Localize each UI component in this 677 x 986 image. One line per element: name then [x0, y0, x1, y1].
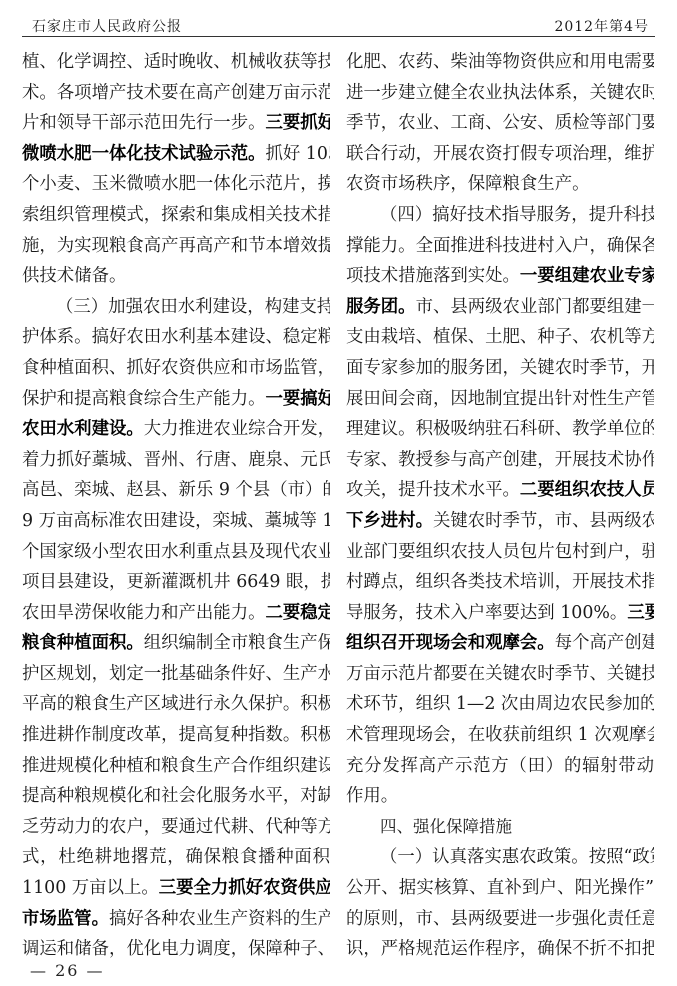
bold-emphasis: 三要全力抓好农资供应和: [159, 878, 330, 898]
publication-title: 石家庄市人民政府公报: [32, 16, 182, 36]
text-run: 面专家参加的服务团，关键农时季节，开: [346, 358, 654, 378]
left-column: 植、化学调控、适时晚收、机械收获等技术。各项增产技术要在高产创建万亩示范片和领导…: [22, 47, 330, 965]
text-line: 农田水利建设。大力推进农业综合开发，: [22, 414, 330, 445]
text-line: 术管理现场会，在收获前组织 1 次观摩会，: [346, 720, 654, 751]
text-run: 识，严格规范运作程序，确保不折不扣把: [346, 939, 654, 959]
text-line: 导服务，技术入户率要达到 100%。三要: [346, 598, 654, 629]
text-run: 植、化学调控、适时晚收、机械收获等技: [22, 52, 330, 72]
text-line: 支由栽培、植保、土肥、种子、农机等方: [346, 322, 654, 353]
text-line: 式，杜绝耕地撂荒，确保粮食播种面积: [22, 842, 330, 873]
text-run: 术环节，组织 1—2 次由周边农民参加的技: [346, 694, 654, 714]
text-run: 抓好 105: [265, 144, 330, 164]
text-run: 护体系。搞好农田水利基本建设、稳定粮: [22, 327, 330, 347]
text-line: 术。各项增产技术要在高产创建万亩示范: [22, 78, 330, 109]
issue-number: 2012年第4号: [554, 16, 649, 36]
text-run: 导服务，技术入户率要达到 100%。: [346, 603, 627, 623]
text-run: 农田旱涝保收能力和产出能力。: [22, 603, 265, 623]
bold-emphasis: 二要组织农技人员: [520, 480, 654, 500]
text-line: 攻关，提升技术水平。二要组织农技人员: [346, 475, 654, 506]
text-line: 微喷水肥一体化技术试验示范。抓好 105: [22, 139, 330, 170]
text-line: （三）加强农田水利建设，构建支持保: [22, 292, 330, 323]
text-line: 下乡进村。关键农时季节，市、县两级农: [346, 506, 654, 537]
text-run: 万亩示范片都要在关键农时季节、关键技: [346, 664, 654, 684]
text-line: 个小麦、玉米微喷水肥一体化示范片，摸: [22, 169, 330, 200]
text-run: 每个高产创建: [555, 633, 654, 653]
text-run: 作用。: [346, 786, 398, 806]
running-header: 石家庄市人民政府公报 2012年第4号: [22, 8, 655, 37]
text-line: 项技术措施落到实处。一要组建农业专家: [346, 261, 654, 292]
bold-emphasis: 二要稳定: [265, 603, 330, 623]
text-line: 粮食种植面积。组织编制全市粮食生产保: [22, 628, 330, 659]
text-run: 的原则，市、县两级要进一步强化责任意: [346, 909, 654, 929]
text-run: 食种植面积、抓好农资供应和市场监管，: [22, 358, 330, 378]
right-column: 化肥、农药、柴油等物资供应和用电需要。进一步建立健全农业执法体系，关键农时季节，…: [346, 47, 654, 965]
text-line: 护体系。搞好农田水利基本建设、稳定粮: [22, 322, 330, 353]
text-line: 化肥、农药、柴油等物资供应和用电需要。: [346, 47, 654, 78]
section-heading: 四、强化保障措施: [346, 812, 654, 843]
text-run: 个国家级小型农田水利重点县及现代农业: [22, 542, 330, 562]
text-run: 组织编制全市粮食生产保: [144, 633, 330, 653]
text-run: 化肥、农药、柴油等物资供应和用电需要。: [346, 52, 654, 72]
text-run: 进一步建立健全农业执法体系，关键农时: [346, 83, 654, 103]
text-line: 推进规模化种植和粮食生产合作组织建设，: [22, 751, 330, 782]
text-line: 术环节，组织 1—2 次由周边农民参加的技: [346, 689, 654, 720]
text-run: 个小麦、玉米微喷水肥一体化示范片，摸: [22, 174, 330, 194]
text-run: 式，杜绝耕地撂荒，确保粮食播种面积: [22, 847, 330, 867]
text-line: （四）搞好技术指导服务，提升科技支: [346, 200, 654, 231]
text-run: 片和领导干部示范田先行一步。: [22, 113, 265, 133]
bold-emphasis: 组织召开现场会和观摩会。: [346, 633, 555, 653]
bold-emphasis: 下乡进村。: [346, 511, 433, 531]
bold-emphasis: 微喷水肥一体化技术试验示范。: [22, 144, 265, 164]
text-line: 作用。: [346, 781, 654, 812]
text-run: （四）搞好技术指导服务，提升科技支: [380, 205, 654, 225]
text-run: 关键农时季节，市、县两级农: [433, 511, 654, 531]
text-line: 植、化学调控、适时晚收、机械收获等技: [22, 47, 330, 78]
text-line: 项目县建设，更新灌溉机井 6649 眼，提高: [22, 567, 330, 598]
text-line: 1100 万亩以上。三要全力抓好农资供应和: [22, 873, 330, 904]
text-run: 公开、据实核算、直补到户、阳光操作”: [346, 878, 654, 898]
text-line: 施，为实现粮食高产再高产和节本增效提: [22, 231, 330, 262]
text-line: 保护和提高粮食综合生产能力。一要搞好: [22, 384, 330, 415]
text-run: 提高种粮规模化和社会化服务水平，对缺: [22, 786, 330, 806]
text-run: 供技术储备。: [22, 266, 126, 286]
text-run: 护区规划，划定一批基础条件好、生产水: [22, 664, 330, 684]
text-run: 项目县建设，更新灌溉机井 6649 眼，提高: [22, 572, 330, 592]
text-line: 个国家级小型农田水利重点县及现代农业: [22, 537, 330, 568]
text-line: 索组织管理模式，探索和集成相关技术措: [22, 200, 330, 231]
text-line: 的原则，市、县两级要进一步强化责任意: [346, 904, 654, 935]
text-run: （三）加强农田水利建设，构建支持保: [56, 297, 330, 317]
bold-emphasis: 服务团。: [346, 297, 416, 317]
text-run: 着力抓好藁城、晋州、行唐、鹿泉、元氏、: [22, 450, 330, 470]
text-run: 推进耕作制度改革，提高复种指数。积极: [22, 725, 330, 745]
text-run: 项技术措施落到实处。: [346, 266, 520, 286]
text-run: 乏劳动力的农户，要通过代耕、代种等方: [22, 817, 330, 837]
text-line: 季节，农业、工商、公安、质检等部门要: [346, 108, 654, 139]
text-run: 调运和储备，优化电力调度，保障种子、: [22, 939, 330, 959]
text-run: 四、强化保障措施: [380, 817, 512, 836]
text-line: 万亩示范片都要在关键农时季节、关键技: [346, 659, 654, 690]
text-line: 组织召开现场会和观摩会。每个高产创建: [346, 628, 654, 659]
bold-emphasis: 市场监管。: [22, 909, 109, 929]
text-run: 9 万亩高标准农田建设，栾城、藁城等 10: [22, 511, 330, 531]
text-line: 撑能力。全面推进科技进村入户，确保各: [346, 231, 654, 262]
text-line: 着力抓好藁城、晋州、行唐、鹿泉、元氏、: [22, 445, 330, 476]
bold-emphasis: 粮食种植面积。: [22, 633, 144, 653]
text-run: 保护和提高粮食综合生产能力。: [22, 389, 265, 409]
text-line: 面专家参加的服务团，关键农时季节，开: [346, 353, 654, 384]
text-run: 推进规模化种植和粮食生产合作组织建设，: [22, 756, 330, 776]
text-run: 高邑、栾城、赵县、新乐 9 个县（市）的: [22, 480, 330, 500]
bold-emphasis: 一要组建农业专家: [520, 266, 654, 286]
text-line: 理建议。积极吸纳驻石科研、教学单位的: [346, 414, 654, 445]
text-run: 术管理现场会，在收获前组织 1 次观摩会，: [346, 725, 654, 745]
text-line: 进一步建立健全农业执法体系，关键农时: [346, 78, 654, 109]
text-line: 农田旱涝保收能力和产出能力。二要稳定: [22, 598, 330, 629]
text-line: 联合行动，开展农资打假专项治理，维护: [346, 139, 654, 170]
text-line: 平高的粮食生产区域进行永久保护。积极: [22, 689, 330, 720]
text-run: 业部门要组织农技人员包片包村到户，驻: [346, 542, 654, 562]
text-line: 乏劳动力的农户，要通过代耕、代种等方: [22, 812, 330, 843]
text-run: 1100 万亩以上。: [22, 878, 159, 898]
text-line: 农资市场秩序，保障粮食生产。: [346, 169, 654, 200]
text-line: 专家、教授参与高产创建，开展技术协作: [346, 445, 654, 476]
text-run: 搞好各种农业生产资料的生产、: [109, 909, 330, 929]
text-line: 护区规划，划定一批基础条件好、生产水: [22, 659, 330, 690]
text-run: 季节，农业、工商、公安、质检等部门要: [346, 113, 654, 133]
text-line: 识，严格规范运作程序，确保不折不扣把: [346, 934, 654, 965]
page-number: — 26 —: [30, 961, 105, 980]
bold-emphasis: 三要抓好: [265, 113, 330, 133]
text-line: 公开、据实核算、直补到户、阳光操作”: [346, 873, 654, 904]
text-run: 市、县两级农业部门都要组建一: [416, 297, 654, 317]
text-run: 充分发挥高产示范方（田）的辐射带动: [346, 756, 654, 776]
text-run: 平高的粮食生产区域进行永久保护。积极: [22, 694, 330, 714]
text-line: 服务团。市、县两级农业部门都要组建一: [346, 292, 654, 323]
text-line: （一）认真落实惠农政策。按照“政策: [346, 842, 654, 873]
text-run: 展田间会商，因地制宜提出针对性生产管: [346, 389, 654, 409]
text-line: 市场监管。搞好各种农业生产资料的生产、: [22, 904, 330, 935]
text-run: 大力推进农业综合开发，: [144, 419, 330, 439]
text-line: 充分发挥高产示范方（田）的辐射带动: [346, 751, 654, 782]
text-run: 支由栽培、植保、土肥、种子、农机等方: [346, 327, 654, 347]
text-line: 业部门要组织农技人员包片包村到户，驻: [346, 537, 654, 568]
text-line: 食种植面积、抓好农资供应和市场监管，: [22, 353, 330, 384]
text-run: 施，为实现粮食高产再高产和节本增效提: [22, 236, 330, 256]
text-line: 提高种粮规模化和社会化服务水平，对缺: [22, 781, 330, 812]
text-run: 攻关，提升技术水平。: [346, 480, 520, 500]
text-run: 农资市场秩序，保障粮食生产。: [346, 174, 589, 194]
bold-emphasis: 一要搞好: [265, 389, 330, 409]
bold-emphasis: 农田水利建设。: [22, 419, 144, 439]
text-line: 片和领导干部示范田先行一步。三要抓好: [22, 108, 330, 139]
text-run: 联合行动，开展农资打假专项治理，维护: [346, 144, 654, 164]
text-line: 展田间会商，因地制宜提出针对性生产管: [346, 384, 654, 415]
text-line: 高邑、栾城、赵县、新乐 9 个县（市）的: [22, 475, 330, 506]
text-line: 推进耕作制度改革，提高复种指数。积极: [22, 720, 330, 751]
text-line: 村蹲点，组织各类技术培训，开展技术指: [346, 567, 654, 598]
text-line: 供技术储备。: [22, 261, 330, 292]
text-line: 9 万亩高标准农田建设，栾城、藁城等 10: [22, 506, 330, 537]
text-run: 撑能力。全面推进科技进村入户，确保各: [346, 236, 654, 256]
text-run: 理建议。积极吸纳驻石科研、教学单位的: [346, 419, 654, 439]
text-run: 村蹲点，组织各类技术培训，开展技术指: [346, 572, 654, 592]
bold-emphasis: 三要: [627, 603, 654, 623]
text-run: 专家、教授参与高产创建，开展技术协作: [346, 450, 654, 470]
text-run: 术。各项增产技术要在高产创建万亩示范: [22, 83, 330, 103]
text-run: 索组织管理模式，探索和集成相关技术措: [22, 205, 330, 225]
text-run: （一）认真落实惠农政策。按照“政策: [380, 847, 654, 867]
